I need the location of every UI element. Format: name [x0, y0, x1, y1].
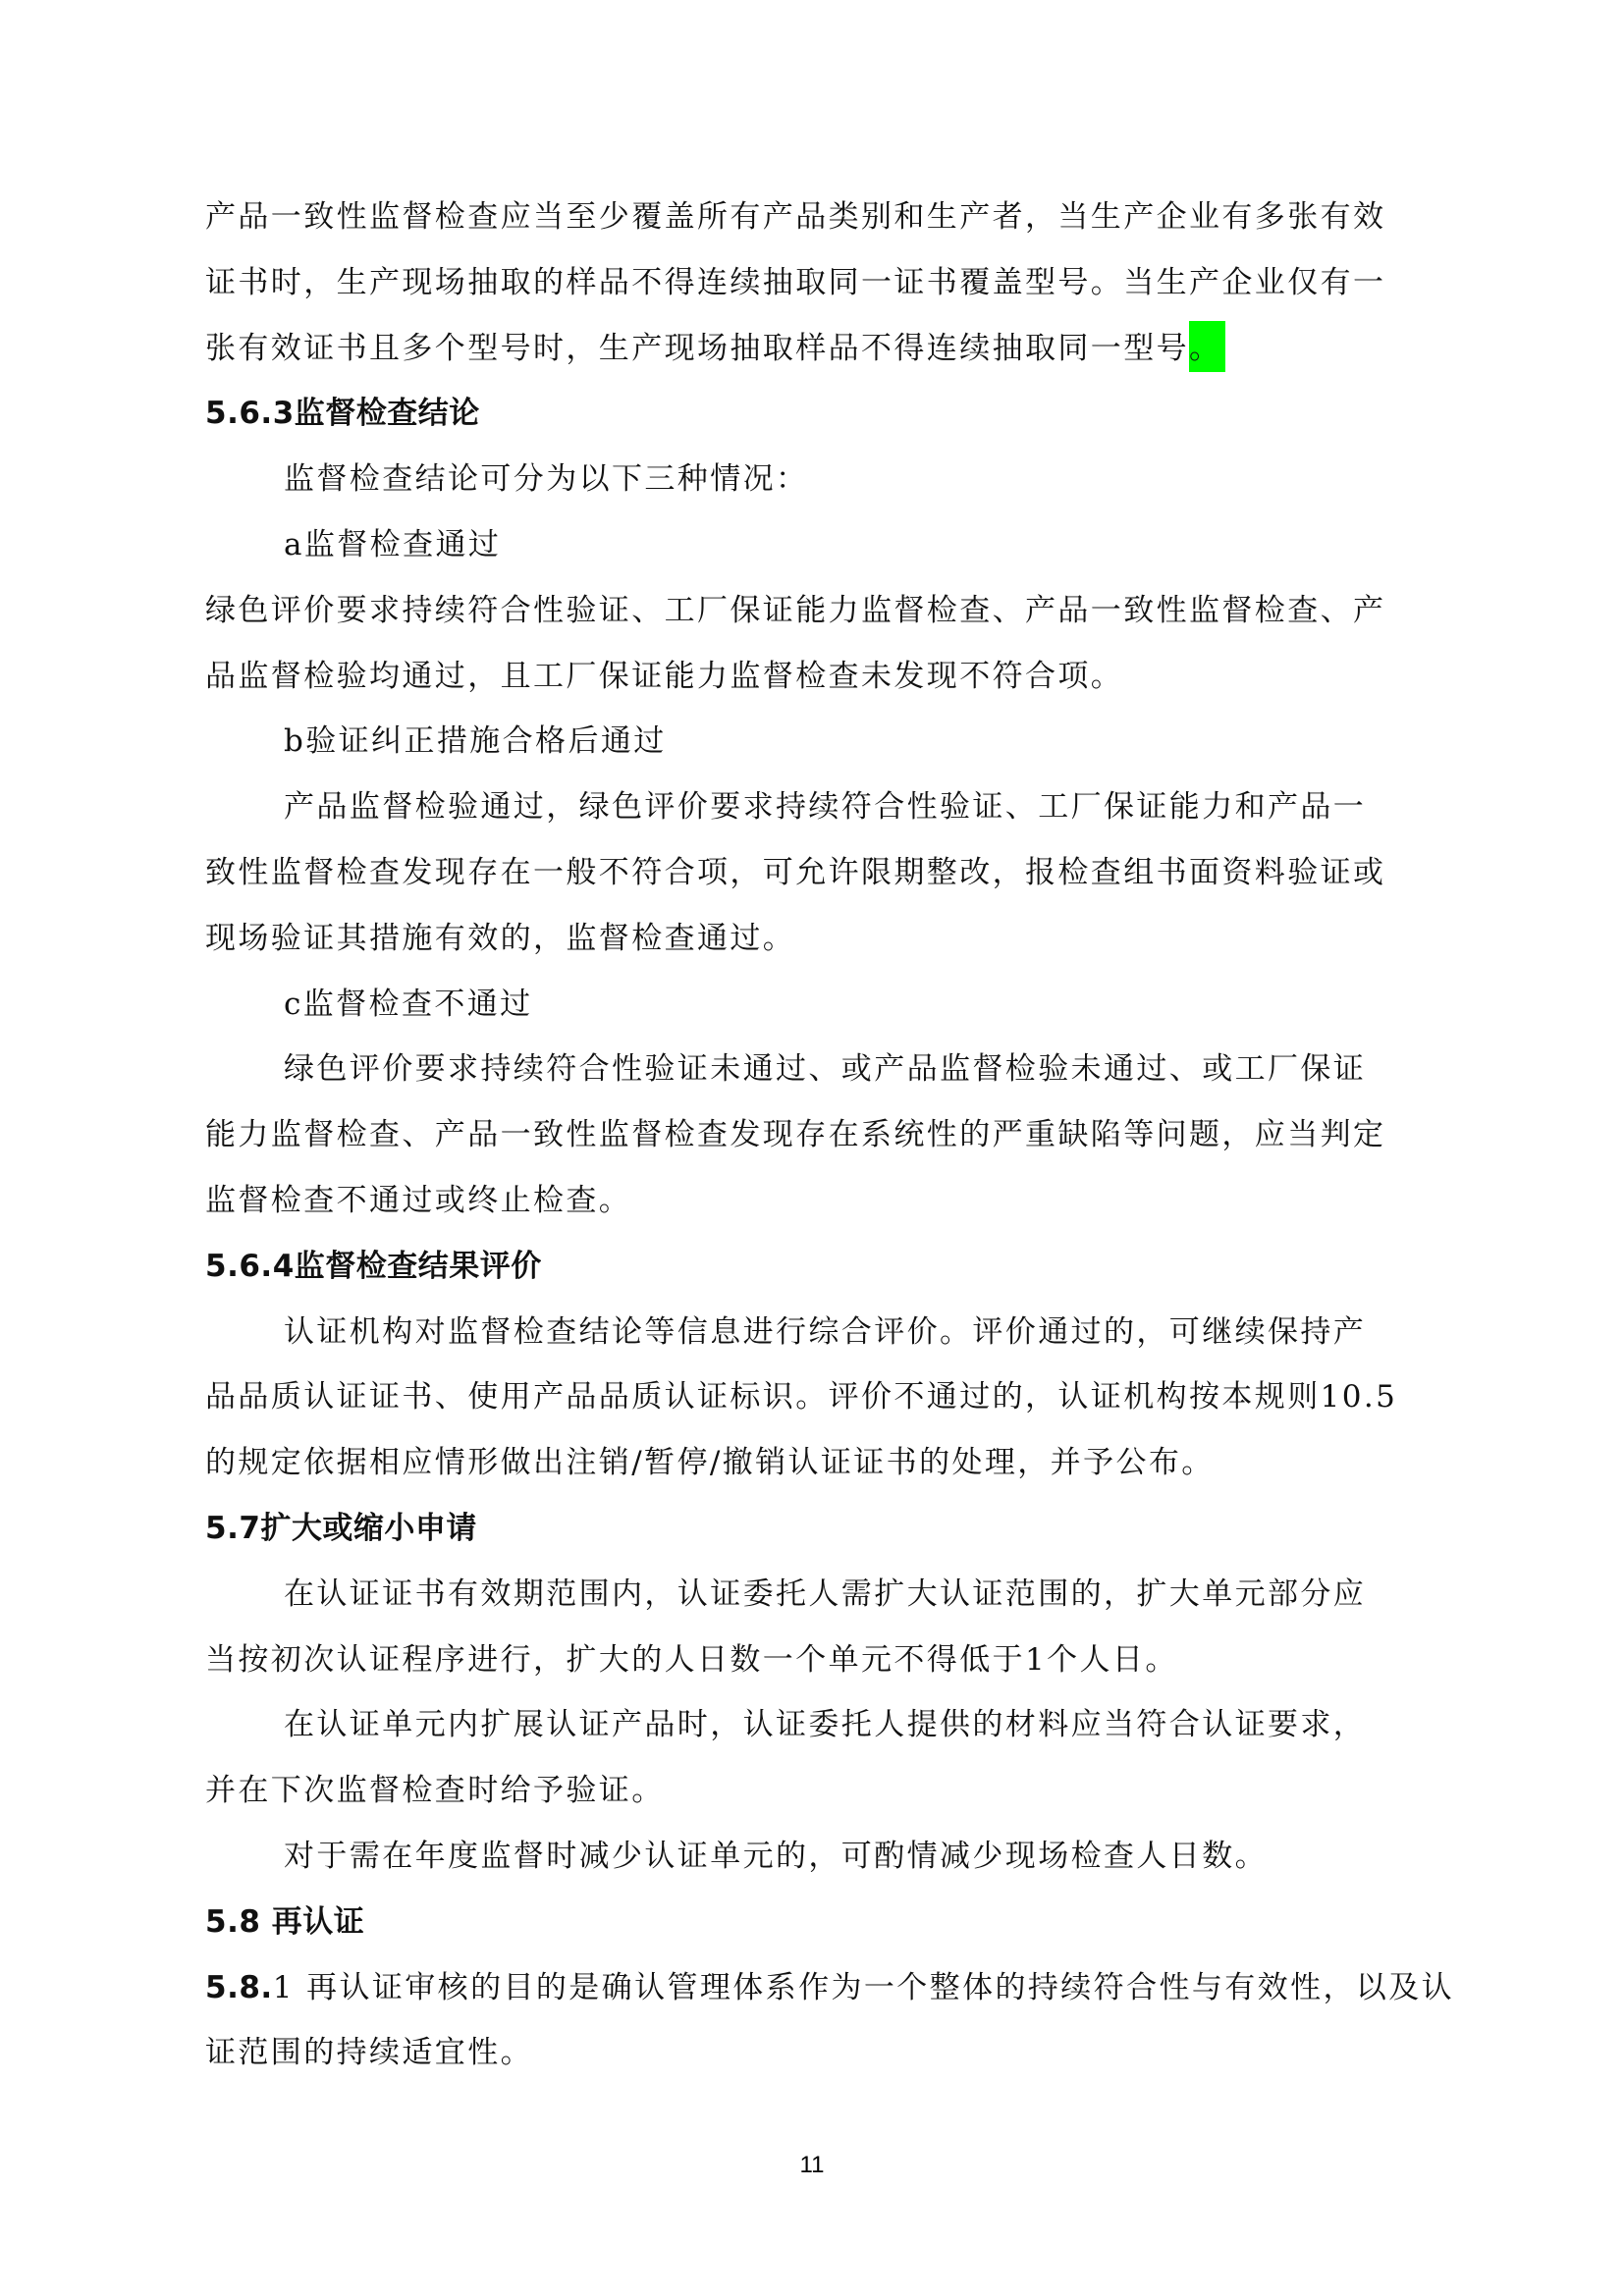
- section-heading: 5.7扩大或缩小申请: [205, 1496, 1442, 1562]
- section-5-8: 5.8 再认证 5.8.1 再认证审核的目的是确认管理体系作为一个整体的持续符合…: [205, 1890, 1442, 2086]
- page-number: 11: [0, 2152, 1624, 2179]
- text-line: 认证机构对监督检查结论等信息进行综合评价。评价通过的，可继续保持产: [205, 1300, 1442, 1365]
- text-line: 产品监督检验通过，绿色评价要求持续符合性验证、工厂保证能力和产品一: [205, 774, 1442, 840]
- text-line: 现场验证其措施有效的，监督检查通过。: [205, 906, 1442, 972]
- section-heading: 5.6.4监督检查结果评价: [205, 1234, 1442, 1300]
- section-5-7: 5.7扩大或缩小申请 在认证证书有效期范围内，认证委托人需扩大认证范围的，扩大单…: [205, 1496, 1442, 1890]
- section-heading: 5.6.3监督检查结论: [205, 381, 1442, 447]
- text-segment: 再认证审核的目的是确认管理体系作为一个整体的持续符合性与有效性，以及认: [295, 1970, 1454, 2005]
- section-5-6-3: 5.6.3监督检查结论 监督检查结论可分为以下三种情况： a监督检查通过 绿色评…: [205, 381, 1442, 1233]
- case-c-title: c监督检查不通过: [205, 972, 1442, 1038]
- text-line: 证范围的持续适宜性。: [205, 2020, 1442, 2086]
- text-line: 证书时，生产现场抽取的样品不得连续抽取同一证书覆盖型号。当生产企业仅有一: [205, 250, 1442, 316]
- text-line: 对于需在年度监督时减少认证单元的，可酌情减少现场检查人日数。: [205, 1824, 1442, 1890]
- text-line: 监督检查结论可分为以下三种情况：: [205, 447, 1442, 512]
- subsection-number: 5.8.: [205, 1970, 273, 2005]
- case-a-title: a监督检查通过: [205, 512, 1442, 578]
- case-b-title: b验证纠正措施合格后通过: [205, 709, 1442, 774]
- subsection-number-digit: 1: [273, 1970, 295, 2005]
- text-line: 品监督检验均通过，且工厂保证能力监督检查未发现不符合项。: [205, 644, 1442, 710]
- text-line: 张有效证书且多个型号时，生产现场抽取样品不得连续抽取同一型号。: [205, 316, 1442, 382]
- text-line: 5.8.1 再认证审核的目的是确认管理体系作为一个整体的持续符合性与有效性，以及…: [205, 1955, 1442, 2021]
- text-line: 绿色评价要求持续符合性验证、工厂保证能力监督检查、产品一致性监督检查、产: [205, 578, 1442, 644]
- section-heading: 5.8 再认证: [205, 1890, 1442, 1955]
- text-line: 能力监督检查、产品一致性监督检查发现存在系统性的严重缺陷等问题，应当判定: [205, 1102, 1442, 1168]
- intro-paragraph: 产品一致性监督检查应当至少覆盖所有产品类别和生产者，当生产企业有多张有效 证书时…: [205, 185, 1442, 381]
- text-line: 绿色评价要求持续符合性验证未通过、或产品监督检验未通过、或工厂保证: [205, 1037, 1442, 1102]
- text-line: 并在下次监督检查时给予验证。: [205, 1758, 1442, 1824]
- text-line: 的规定依据相应情形做出注销/暂停/撤销认证证书的处理，并予公布。: [205, 1430, 1442, 1496]
- text-line: 产品一致性监督检查应当至少覆盖所有产品类别和生产者，当生产企业有多张有效: [205, 185, 1442, 250]
- text-segment: 张有效证书且多个型号时，生产现场抽取样品不得连续抽取同一型号: [205, 331, 1189, 366]
- highlighted-period: 。: [1189, 321, 1225, 372]
- text-line: 品品质认证证书、使用产品品质认证标识。评价不通过的，认证机构按本规则10.5: [205, 1364, 1442, 1430]
- text-line: 在认证单元内扩展认证产品时，认证委托人提供的材料应当符合认证要求，: [205, 1692, 1442, 1758]
- text-line: 当按初次认证程序进行，扩大的人日数一个单元不得低于1个人日。: [205, 1628, 1442, 1693]
- section-5-6-4: 5.6.4监督检查结果评价 认证机构对监督检查结论等信息进行综合评价。评价通过的…: [205, 1234, 1442, 1496]
- text-line: 致性监督检查发现存在一般不符合项，可允许限期整改，报检查组书面资料验证或: [205, 840, 1442, 906]
- text-line: 在认证证书有效期范围内，认证委托人需扩大认证范围的，扩大单元部分应: [205, 1562, 1442, 1628]
- document-page-body: 产品一致性监督检查应当至少覆盖所有产品类别和生产者，当生产企业有多张有效 证书时…: [205, 185, 1442, 2086]
- text-line: 监督检查不通过或终止检查。: [205, 1168, 1442, 1234]
